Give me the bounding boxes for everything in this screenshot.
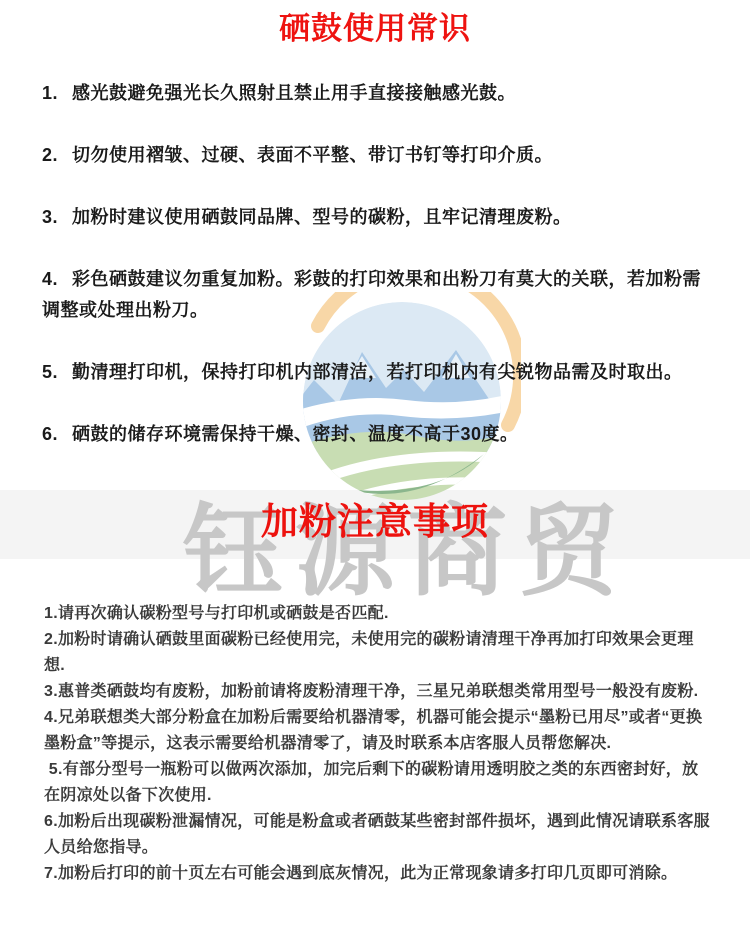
section2-title: 加粉注意事项 <box>0 500 750 544</box>
list-item-text: 加粉时建议使用硒鼓同品牌、型号的碳粉，且牢记清理废粉。 <box>72 207 572 227</box>
note-line: 2.加粉时请确认硒鼓里面碳粉已经使用完，未使用完的碳粉请清理干净再加打印效果会更… <box>44 627 712 679</box>
note-line: 7.加粉后打印的前十页左右可能会遇到底灰情况，此为正常现象请多打印几页即可消除。 <box>44 861 712 887</box>
list-item: 5.勤清理打印机，保持打印机内部清洁，若打印机内有尖锐物品需及时取出。 <box>42 357 710 388</box>
usage-tips-list: 1.感光鼓避免强光长久照射且禁止用手直接接触感光鼓。 2.切勿使用褶皱、过硬、表… <box>42 78 710 481</box>
list-item: 4.彩色硒鼓建议勿重复加粉。彩鼓的打印效果和出粉刀有莫大的关联，若加粉需调整或处… <box>42 264 710 326</box>
note-line: 3.惠普类硒鼓均有废粉，加粉前请将废粉清理干净，三星兄弟联想类常用型号一般没有废… <box>44 679 712 705</box>
note-line: 5.有部分型号一瓶粉可以做两次添加，加完后剩下的碳粉请用透明胶之类的东西密封好，… <box>44 757 712 809</box>
list-item-text: 感光鼓避免强光长久照射且禁止用手直接接触感光鼓。 <box>72 83 516 103</box>
list-item: 1.感光鼓避免强光长久照射且禁止用手直接接触感光鼓。 <box>42 78 710 109</box>
list-item: 6.硒鼓的储存环境需保持干燥、密封、温度不高于30度。 <box>42 419 710 450</box>
list-item-number: 3. <box>42 202 72 233</box>
list-item: 3.加粉时建议使用硒鼓同品牌、型号的碳粉，且牢记清理废粉。 <box>42 202 710 233</box>
section1-title: 硒鼓使用常识 <box>0 12 750 46</box>
list-item-number: 6. <box>42 419 72 450</box>
note-line: 1.请再次确认碳粉型号与打印机或硒鼓是否匹配. <box>44 601 712 627</box>
list-item-number: 5. <box>42 357 72 388</box>
list-item-text: 彩色硒鼓建议勿重复加粉。彩鼓的打印效果和出粉刀有莫大的关联，若加粉需调整或处理出… <box>42 269 701 320</box>
note-line: 6.加粉后出现碳粉泄漏情况，可能是粉盒或者硒鼓某些密封部件损坏，遇到此情况请联系… <box>44 809 712 861</box>
list-item-text: 切勿使用褶皱、过硬、表面不平整、带订书钉等打印介质。 <box>72 145 553 165</box>
list-item-number: 2. <box>42 140 72 171</box>
list-item-number: 1. <box>42 78 72 109</box>
note-line: 4.兄弟联想类大部分粉盒在加粉后需要给机器清零，机器可能会提示“墨粉已用尽”或者… <box>44 705 712 757</box>
list-item: 2.切勿使用褶皱、过硬、表面不平整、带订书钉等打印介质。 <box>42 140 710 171</box>
list-item-text: 硒鼓的储存环境需保持干燥、密封、温度不高于30度。 <box>72 424 519 444</box>
list-item-number: 4. <box>42 264 72 295</box>
product-description-page: 钰源商贸 硒鼓使用常识 1.感光鼓避免强光长久照射且禁止用手直接接触感光鼓。 2… <box>0 0 750 929</box>
list-item-text: 勤清理打印机，保持打印机内部清洁，若打印机内有尖锐物品需及时取出。 <box>72 362 683 382</box>
refill-notes-list: 1.请再次确认碳粉型号与打印机或硒鼓是否匹配. 2.加粉时请确认硒鼓里面碳粉已经… <box>44 601 712 887</box>
